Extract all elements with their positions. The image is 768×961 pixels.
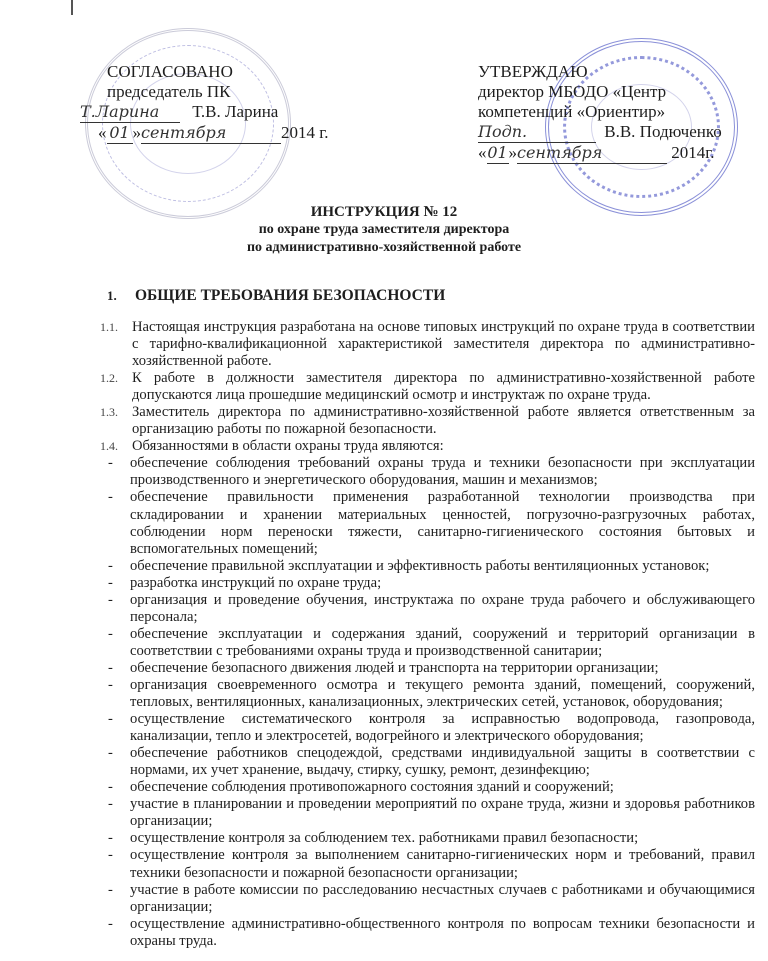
list-item: -осуществление контроля за соблюдением т… xyxy=(100,830,755,847)
list-item-text: осуществление контроля за выполнением са… xyxy=(130,847,755,881)
list-item-text: осуществление административно-общественн… xyxy=(130,916,755,950)
section-title: ОБЩИЕ ТРЕБОВАНИЯ БЕЗОПАСНОСТИ xyxy=(135,287,445,304)
bullet-dash: - xyxy=(100,626,130,660)
clause-1-3: 1.3.Заместитель директора по администрат… xyxy=(100,404,755,438)
list-item: -обеспечение эксплуатации и содержания з… xyxy=(100,626,755,660)
document-title: ИНСТРУКЦИЯ № 12 xyxy=(0,203,768,221)
list-item: -участие в работе комиссии по расследова… xyxy=(100,882,755,916)
list-item: -обеспечение соблюдения требований охран… xyxy=(100,455,755,489)
bullet-dash: - xyxy=(100,830,130,847)
list-item: -обеспечение правильности применения раз… xyxy=(100,489,755,557)
scan-edge-mark xyxy=(71,0,73,15)
date-year: 2014 г. xyxy=(281,123,329,142)
signer-name: Т.В. Ларина xyxy=(192,102,278,121)
agreed-signature-line: Т.Ларина Т.В. Ларина xyxy=(80,102,329,123)
approved-date-line: «01»сентября 2014г. xyxy=(478,143,722,164)
bullet-dash: - xyxy=(100,745,130,779)
approved-signature-line: Подп. В.В. Подюченко xyxy=(478,122,722,143)
list-item: -осуществление контроля за выполнением с… xyxy=(100,847,755,881)
list-item: -организация своевременного осмотра и те… xyxy=(100,677,755,711)
bullet-dash: - xyxy=(100,779,130,796)
bullet-dash: - xyxy=(100,847,130,881)
list-item-text: организация и проведение обучения, инстр… xyxy=(130,592,755,626)
clause-1-1: 1.1.Настоящая инструкция разработана на … xyxy=(100,319,755,370)
date-day: 01 xyxy=(487,143,509,164)
bullet-dash: - xyxy=(100,796,130,830)
clause-text: К работе в должности заместителя директо… xyxy=(132,370,755,404)
handwritten-signature: Подп. xyxy=(478,122,596,143)
bullet-dash: - xyxy=(100,592,130,626)
section-heading: 1.ОБЩИЕ ТРЕБОВАНИЯ БЕЗОПАСНОСТИ xyxy=(107,287,445,305)
list-item-text: осуществление контроля за соблюдением те… xyxy=(130,830,755,847)
bullet-dash: - xyxy=(100,489,130,557)
list-item-text: обеспечение работников спецодеждой, сред… xyxy=(130,745,755,779)
bullet-dash: - xyxy=(100,660,130,677)
clause-1-2: 1.2.К работе в должности заместителя дир… xyxy=(100,370,755,404)
document-subtitle-line2: по административно-хозяйственной работе xyxy=(0,239,768,257)
list-item: -участие в планировании и проведении мер… xyxy=(100,796,755,830)
list-item: -осуществление административно-обществен… xyxy=(100,916,755,950)
date-day: 01 xyxy=(107,123,133,144)
clause-number: 1.4. xyxy=(100,438,132,455)
date-year: 2014г. xyxy=(671,143,714,162)
document-subtitle-line1: по охране труда заместителя директора xyxy=(0,221,768,239)
list-item: -осуществление систематического контроля… xyxy=(100,711,755,745)
bullet-dash: - xyxy=(100,882,130,916)
bullet-dash: - xyxy=(100,916,130,950)
list-item-text: организация своевременного осмотра и тек… xyxy=(130,677,755,711)
approved-title: УТВЕРЖДАЮ xyxy=(478,62,722,82)
clause-1-4: 1.4.Обязанностями в области охраны труда… xyxy=(100,438,755,455)
date-month: сентября xyxy=(517,143,667,164)
list-item-text: обеспечение соблюдения требований охраны… xyxy=(130,455,755,489)
list-item: -разработка инструкций по охране труда; xyxy=(100,575,755,592)
list-item-text: обеспечение безопасного движения людей и… xyxy=(130,660,755,677)
document-title-block: ИНСТРУКЦИЯ № 12 по охране труда заместит… xyxy=(0,203,768,257)
approval-block-agreed: СОГЛАСОВАНО председатель ПК Т.Ларина Т.В… xyxy=(107,62,329,144)
approved-position-line1: директор МБОДО «Центр xyxy=(478,82,722,102)
list-item: -обеспечение соблюдения противопожарного… xyxy=(100,779,755,796)
clause-number: 1.1. xyxy=(100,319,132,370)
bullet-dash: - xyxy=(100,677,130,711)
list-item-text: обеспечение соблюдения противопожарного … xyxy=(130,779,755,796)
bullet-dash: - xyxy=(100,558,130,575)
date-month: сентября xyxy=(141,123,281,144)
list-item: -обеспечение правильной эксплуатации и э… xyxy=(100,558,755,575)
list-item-text: участие в работе комиссии по расследован… xyxy=(130,882,755,916)
section-number: 1. xyxy=(107,288,135,304)
agreed-position: председатель ПК xyxy=(107,82,329,102)
approval-block-approved: УТВЕРЖДАЮ директор МБОДО «Центр компетен… xyxy=(478,62,722,164)
clause-text: Настоящая инструкция разработана на осно… xyxy=(132,319,755,370)
list-item-text: разработка инструкций по охране труда; xyxy=(130,575,755,592)
approved-position-line2: компетенций «Ориентир» xyxy=(478,102,722,122)
agreed-title: СОГЛАСОВАНО xyxy=(107,62,329,82)
bullet-dash: - xyxy=(100,575,130,592)
clause-text: Заместитель директора по административно… xyxy=(132,404,755,438)
list-item: -обеспечение работников спецодеждой, сре… xyxy=(100,745,755,779)
clause-text: Обязанностями в области охраны труда явл… xyxy=(132,438,755,455)
list-item: -обеспечение безопасного движения людей … xyxy=(100,660,755,677)
list-item-text: обеспечение правильной эксплуатации и эф… xyxy=(130,558,755,575)
list-item-text: осуществление систематического контроля … xyxy=(130,711,755,745)
bullet-dash: - xyxy=(100,455,130,489)
list-item-text: обеспечение эксплуатации и содержания зд… xyxy=(130,626,755,660)
bullet-dash: - xyxy=(100,711,130,745)
list-item: -организация и проведение обучения, инст… xyxy=(100,592,755,626)
agreed-date-line: «01»сентября2014 г. xyxy=(98,123,329,144)
document-body: 1.1.Настоящая инструкция разработана на … xyxy=(100,319,755,950)
handwritten-signature: Т.Ларина xyxy=(80,102,180,123)
list-item-text: участие в планировании и проведении меро… xyxy=(130,796,755,830)
list-item-text: обеспечение правильности применения разр… xyxy=(130,489,755,557)
signer-name: В.В. Подюченко xyxy=(604,122,722,141)
clause-number: 1.3. xyxy=(100,404,132,438)
clause-number: 1.2. xyxy=(100,370,132,404)
